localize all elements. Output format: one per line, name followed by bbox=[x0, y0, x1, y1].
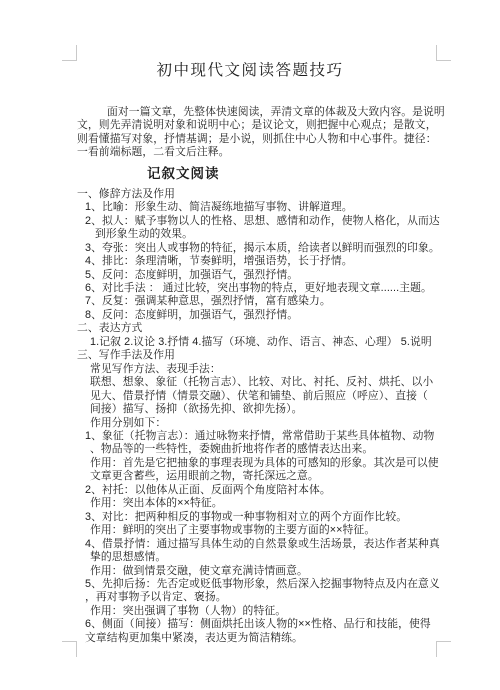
text-line: 到形象生动的效果。 bbox=[77, 228, 449, 241]
text-line: 6、侧面（间接）描写：侧面烘托出该人物的××性格、品行和技能，使得 bbox=[77, 618, 449, 631]
text-line: 4、排比：条理清晰，节奏鲜明，增强语势，长于抒情。 bbox=[77, 255, 449, 268]
text-line: 作用：鲜明的突出了主要事物或事物的主要方面的××特征。 bbox=[77, 524, 449, 537]
text-line: 3、夸张：突出人或事物的特征，揭示本质，给读者以鲜明而强烈的印象。 bbox=[77, 242, 449, 255]
text-line: 面对一篇文章，先整体快速阅读，弄清文章的体裁及大致内容。是说明 bbox=[77, 106, 449, 119]
text-line: 2、拟人：赋予事物以人的性格、思想、感情和动作，使物人格化，从而达 bbox=[77, 215, 449, 228]
section-heading: 记叙文阅读 bbox=[77, 160, 449, 188]
text-line: 8、反问：态度鲜明，加强语气，强烈抒情。 bbox=[77, 309, 449, 322]
text-line: 文章更含蓄些，运用眼前之物，寄托深远之意。 bbox=[77, 470, 449, 483]
text-line: 二、表达方式 bbox=[77, 322, 449, 335]
document-page: 初中现代文阅读答题技巧 面对一篇文章，先整体快速阅读，弄清文章的体裁及大致内容。… bbox=[0, 0, 500, 690]
body-lines: 一、修辞方法及作用1、比喻：形象生动、简洁凝练地描写事物、讲解道理。2、拟人：赋… bbox=[77, 188, 449, 645]
text-line: 5、先抑后扬：先否定或贬低事物形象，然后深入挖掘事物特点及内在意义 bbox=[77, 578, 449, 591]
text-line: 7、反复：强调某种意思，强烈抒情，富有感染力。 bbox=[77, 295, 449, 308]
text-line: 联想、想象、象征（托物言志）、比较、对比、衬托、反衬、烘托、以小 bbox=[77, 376, 449, 389]
crop-mark-bottom-left bbox=[62, 641, 77, 657]
text-line: 见大、借景抒情（情景交融）、伏笔和铺垫、前后照应（呼应）、直接（ bbox=[77, 390, 449, 403]
text-line: 一、修辞方法及作用 bbox=[77, 188, 449, 201]
text-line: 6、对比手法 ： 通过比较，突出事物的特点，更好地表现文章......主题。 bbox=[77, 282, 449, 295]
text-line: 间接）描写、扬抑（欲扬先抑、欲抑先扬）。 bbox=[77, 403, 449, 416]
text-line: 一看前端标题，二看文后注释。 bbox=[77, 146, 449, 159]
text-line: ，再对事物予以肯定、褒扬。 bbox=[77, 591, 449, 604]
text-line: 作用：做到情景交融，使文章充满诗情画意。 bbox=[77, 565, 449, 578]
text-line: 作用：突出本体的××特征。 bbox=[77, 497, 449, 510]
text-line: 作用分别如下： bbox=[77, 417, 449, 430]
text-line: 3、对比：把两种相反的事物或一种事物相对立的两个方面作比较。 bbox=[77, 511, 449, 524]
page-title: 初中现代文阅读答题技巧 bbox=[0, 58, 500, 80]
text-line: 三、写作手法及作用 bbox=[77, 349, 449, 362]
text-line: 1.记叙 2.议论 3.抒情 4.描写（环境、动作、语言、神态、心理） 5.说明 bbox=[77, 336, 449, 349]
text-line: 作用：首先是它把抽象的事理表现为具体的可感知的形象。其次是可以使 bbox=[77, 457, 449, 470]
text-line: 则看懂描写对象，抒情基调；是小说，则抓住中心人物和中心事件。捷径： bbox=[77, 133, 449, 146]
text-line: 常见写作方法、表现手法： bbox=[77, 363, 449, 376]
text-line: 、物品等的一些特性，委婉曲折地将作者的感情表达出来。 bbox=[77, 443, 449, 456]
text-line: 1、比喻：形象生动、简洁凝练地描写事物、讲解道理。 bbox=[77, 201, 449, 214]
text-line: 2、衬托：以他体从正面、反面两个角度陪衬本体。 bbox=[77, 484, 449, 497]
intro-paragraph: 面对一篇文章，先整体快速阅读，弄清文章的体裁及大致内容。是说明文，则先弄清说明对… bbox=[77, 106, 449, 160]
text-line: 5、反问：态度鲜明，加强语气，强烈抒情。 bbox=[77, 269, 449, 282]
text-line: 1、象征（托物言志）：通过咏物来抒情，常常借助于某些具体植物、动物 bbox=[77, 430, 449, 443]
text-line: 作用：突出强调了事物（人物）的特征。 bbox=[77, 605, 449, 618]
text-line: 文，则先弄清说明对象和说明中心；是议论文，则把握中心观点；是散文， bbox=[77, 119, 449, 132]
text-line: 文章结构更加集中紧凑，表达更为简洁精练。 bbox=[77, 632, 449, 645]
text-line: 挚的思想感情。 bbox=[77, 551, 449, 564]
document-body: 面对一篇文章，先整体快速阅读，弄清文章的体裁及大致内容。是说明文，则先弄清说明对… bbox=[77, 106, 449, 645]
text-line: 4、借景抒情：通过描写具体生动的自然景象或生活场景，表达作者某种真 bbox=[77, 538, 449, 551]
